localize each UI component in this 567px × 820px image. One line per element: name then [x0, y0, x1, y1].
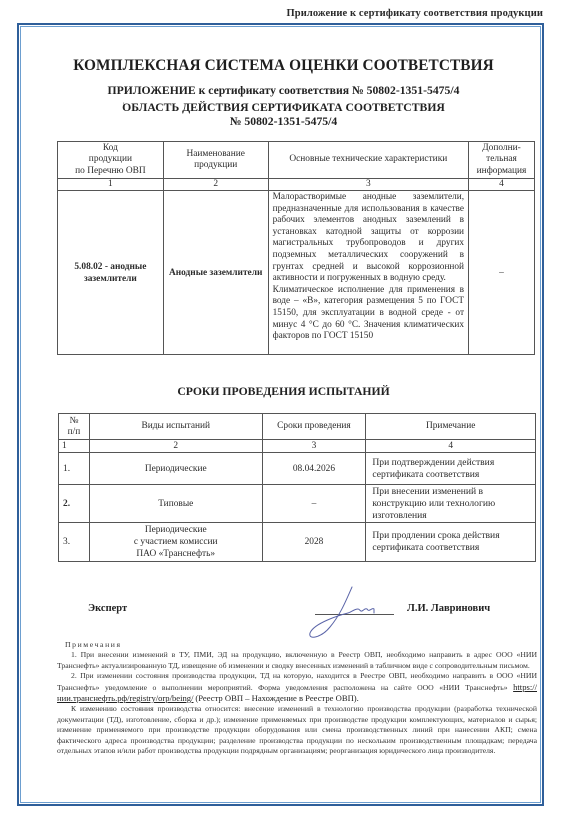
table-row: 2. Типовые – При внесении изменений в ко… [59, 485, 536, 523]
column-number: 3 [268, 179, 468, 191]
test-note-cell: При продлении срока действия сертификата… [366, 523, 536, 562]
column-number: 2 [89, 440, 262, 453]
test-type-cell: Периодические [89, 453, 262, 485]
tick-mark: ' [123, 99, 124, 113]
test-type-cell: Периодические с участием комиссии ПАО «Т… [89, 523, 262, 562]
note-text: (Реестр ОВП – Нахождение в Реестре ОВП). [195, 693, 358, 703]
product-name-cell: Анодные заземлители [163, 191, 268, 355]
column-number: 4 [366, 440, 536, 453]
column-number: 3 [262, 440, 366, 453]
header-line: продукции [194, 160, 237, 170]
header-line: № [69, 416, 78, 426]
header-line: информация [477, 166, 527, 176]
appendix-subtitle: ПРИЛОЖЕНИЕ к сертификату соответствия № … [0, 84, 567, 97]
header-line: Код [103, 143, 118, 153]
test-type-line: ПАО «Транснефть» [136, 549, 215, 559]
header-additional-info: Дополни- тельная информация [469, 142, 535, 179]
header-line: Наименование [186, 149, 244, 159]
notes-section: Примечания 1. При внесении изменений в Т… [57, 640, 537, 756]
scope-table: Код продукции по Перечню ОВП Наименовани… [57, 141, 535, 355]
table-row: 1. Периодические 08.04.2026 При подтверж… [59, 453, 536, 485]
header-line: тельная [486, 154, 517, 164]
column-number: 1 [58, 179, 164, 191]
tests-table-header: № п/п Виды испытаний Сроки проведения Пр… [59, 414, 536, 440]
scope-heading: ' ОБЛАСТЬ ДЕЙСТВИЯ СЕРТИФИКАТА СООТВЕТСТ… [0, 101, 567, 129]
header-note: Примечание [366, 414, 536, 440]
test-date-cell: 08.04.2026 [262, 453, 366, 485]
note-item: 2. При изменении состояния производства … [57, 671, 537, 704]
table-row: 5.08.02 - анодные заземлители Анодные за… [58, 191, 535, 355]
column-numbers-row: 1 2 3 4 [58, 179, 535, 191]
tests-table: № п/п Виды испытаний Сроки проведения Пр… [58, 413, 536, 562]
row-number: 3. [59, 523, 90, 562]
test-date-cell: – [262, 485, 366, 523]
header-test-date: Сроки проведения [262, 414, 366, 440]
table-row: 3. Периодические с участием комиссии ПАО… [59, 523, 536, 562]
document-caption: Приложение к сертификату соответствия пр… [286, 8, 543, 19]
expert-label: Эксперт [88, 603, 127, 614]
column-number: 2 [163, 179, 268, 191]
row-number: 2. [59, 485, 90, 523]
scope-table-header: Код продукции по Перечню ОВП Наименовани… [58, 142, 535, 179]
scope-heading-line1: ОБЛАСТЬ ДЕЙСТВИЯ СЕРТИФИКАТА СООТВЕТСТВИ… [0, 101, 567, 115]
column-numbers-row: 1 2 3 4 [59, 440, 536, 453]
column-number: 1 [59, 440, 90, 453]
test-date-cell: 2028 [262, 523, 366, 562]
notes-title: Примечания [57, 640, 537, 650]
header-characteristics: Основные технические характеристики [268, 142, 468, 179]
header-line: по Перечню ОВП [75, 166, 145, 176]
header-line: продукции [89, 154, 132, 164]
header-number: № п/п [59, 414, 90, 440]
header-line: Дополни- [482, 143, 521, 153]
row-number: 1. [59, 453, 90, 485]
note-item: К изменению состояния производства относ… [57, 704, 537, 756]
signature-icon [300, 585, 410, 645]
characteristics-paragraph: Климатическое исполнение для применения … [273, 285, 464, 343]
expert-name: Л.И. Лавринович [407, 603, 490, 614]
note-text: 2. При изменении состояния производства … [57, 671, 537, 691]
header-line: п/п [68, 427, 81, 437]
document-title: КОМПЛЕКСНАЯ СИСТЕМА ОЦЕНКИ СООТВЕТСТВИЯ [0, 57, 567, 75]
characteristics-cell: Малорастворимые анодные заземлители, пре… [268, 191, 468, 355]
test-type-line: с участием комиссии [134, 537, 218, 547]
header-product-code: Код продукции по Перечню ОВП [58, 142, 164, 179]
note-item: 1. При внесении изменений в ТУ, ПМИ, ЭД … [57, 650, 537, 671]
test-note-cell: При внесении изменений в конструкцию или… [366, 485, 536, 523]
tests-heading: СРОКИ ПРОВЕДЕНИЯ ИСПЫТАНИЙ [0, 385, 567, 398]
product-code-cell: 5.08.02 - анодные заземлители [58, 191, 164, 355]
test-type-cell: Типовые [89, 485, 262, 523]
scope-heading-line2: № 50802-1351-5475/4 [0, 115, 567, 129]
header-test-type: Виды испытаний [89, 414, 262, 440]
test-type-line: Периодические [145, 525, 207, 535]
characteristics-paragraph: Малорастворимые анодные заземлители, пре… [273, 192, 464, 285]
test-note-cell: При подтверждении действия сертификата с… [366, 453, 536, 485]
additional-info-cell: – [469, 191, 535, 355]
header-product-name: Наименование продукции [163, 142, 268, 179]
column-number: 4 [469, 179, 535, 191]
